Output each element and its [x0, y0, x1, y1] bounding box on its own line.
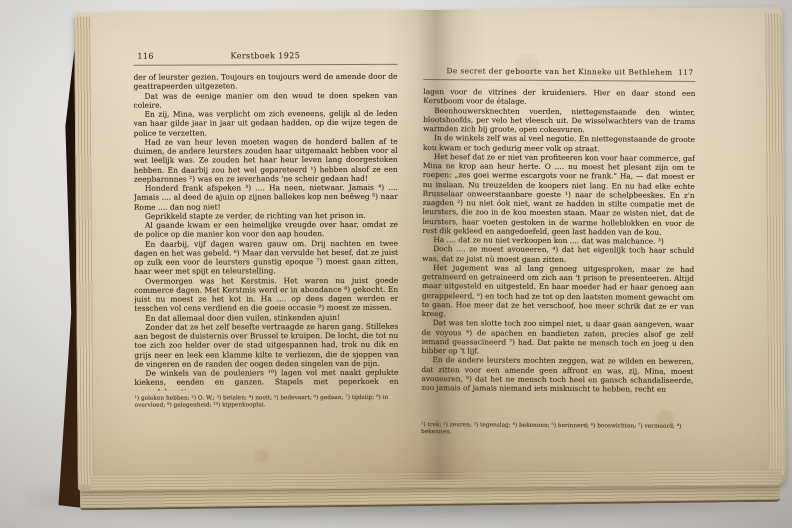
left-page-header: 116 Kerstboek 1925 [133, 51, 397, 63]
paragraph: lagen voor de vitrines der kruideniers. … [423, 87, 695, 107]
photo-of-open-book: 116 Kerstboek 1925 der of leurster gezie… [0, 0, 792, 528]
left-page-footnotes: ¹) geleken hebben; ²) O. W.; ³) betalen;… [135, 395, 399, 410]
right-header-rule [423, 79, 695, 82]
paragraph: Had ze van heur leven moeten wagen de ho… [134, 137, 398, 184]
right-page: De secret der geboorte van het Kinneke u… [421, 66, 696, 468]
page-block: 116 Kerstboek 1925 der of leurster gezie… [74, 7, 786, 491]
paragraph: Zonder dat ze het zelf besefte vertraagd… [134, 322, 398, 369]
paragraph: Het jugement was al lang genoeg uitgespr… [422, 263, 694, 320]
paragraph: Beenhouwersknechten voerden, niettegenst… [423, 106, 695, 136]
paragraph: En zij, Mina, was verplicht om zich even… [134, 109, 398, 138]
paragraph: En daarbij, vijf dagen waren gauw om. Dr… [134, 238, 398, 276]
paragraph: Overmorgen was het Kerstmis. Het waren n… [134, 275, 398, 313]
paragraph: Honderd frank afspeken ³) .... Ha neen, … [134, 183, 398, 212]
left-header-rule [133, 64, 397, 66]
paragraph: Het besef dat ze er niet van profiteeren… [422, 152, 695, 237]
right-page-number: 117 [678, 68, 693, 77]
open-book: 116 Kerstboek 1925 der of leurster gezie… [46, 2, 792, 522]
paragraph: En de andere leursters mochten zeggen, w… [421, 355, 693, 394]
right-fore-edge [765, 13, 786, 477]
left-running-title: Kerstboek 1925 [231, 51, 301, 60]
paragraph: Doch .... ze moest avoueeren, ⁴) dat het… [422, 244, 694, 264]
paragraph: Dat was ten slotte toch zoo simpel niet,… [422, 318, 694, 357]
paragraph: In de winkels zelf was al veel negotie. … [423, 133, 695, 153]
left-page-text: der of leurster gezien. Toujours en touj… [133, 72, 398, 391]
left-page-stack-edge [74, 17, 94, 485]
right-page-footnotes: ¹) trek; ²) zeuren; ³) tegenslag; ⁴) bek… [421, 422, 693, 438]
paragraph: Dat was de eenige manier om den woud te … [133, 90, 397, 109]
paragraph: der of leurster gezien. Toujours en touj… [133, 72, 397, 91]
right-running-title: De secret der geboorte van het Kinneke u… [447, 66, 673, 77]
paragraph: De winkels van de pouleniers ¹⁰) lagen v… [134, 368, 398, 391]
paragraph: Al gaande kwam er een heimelijke vreugde… [134, 220, 398, 239]
left-page-number: 116 [137, 52, 154, 61]
right-page-text: lagen voor de vitrines der kruideniers. … [421, 87, 695, 419]
left-page: 116 Kerstboek 1925 der of leurster gezie… [133, 51, 398, 472]
right-page-header: De secret der geboorte van het Kinneke u… [423, 66, 695, 79]
